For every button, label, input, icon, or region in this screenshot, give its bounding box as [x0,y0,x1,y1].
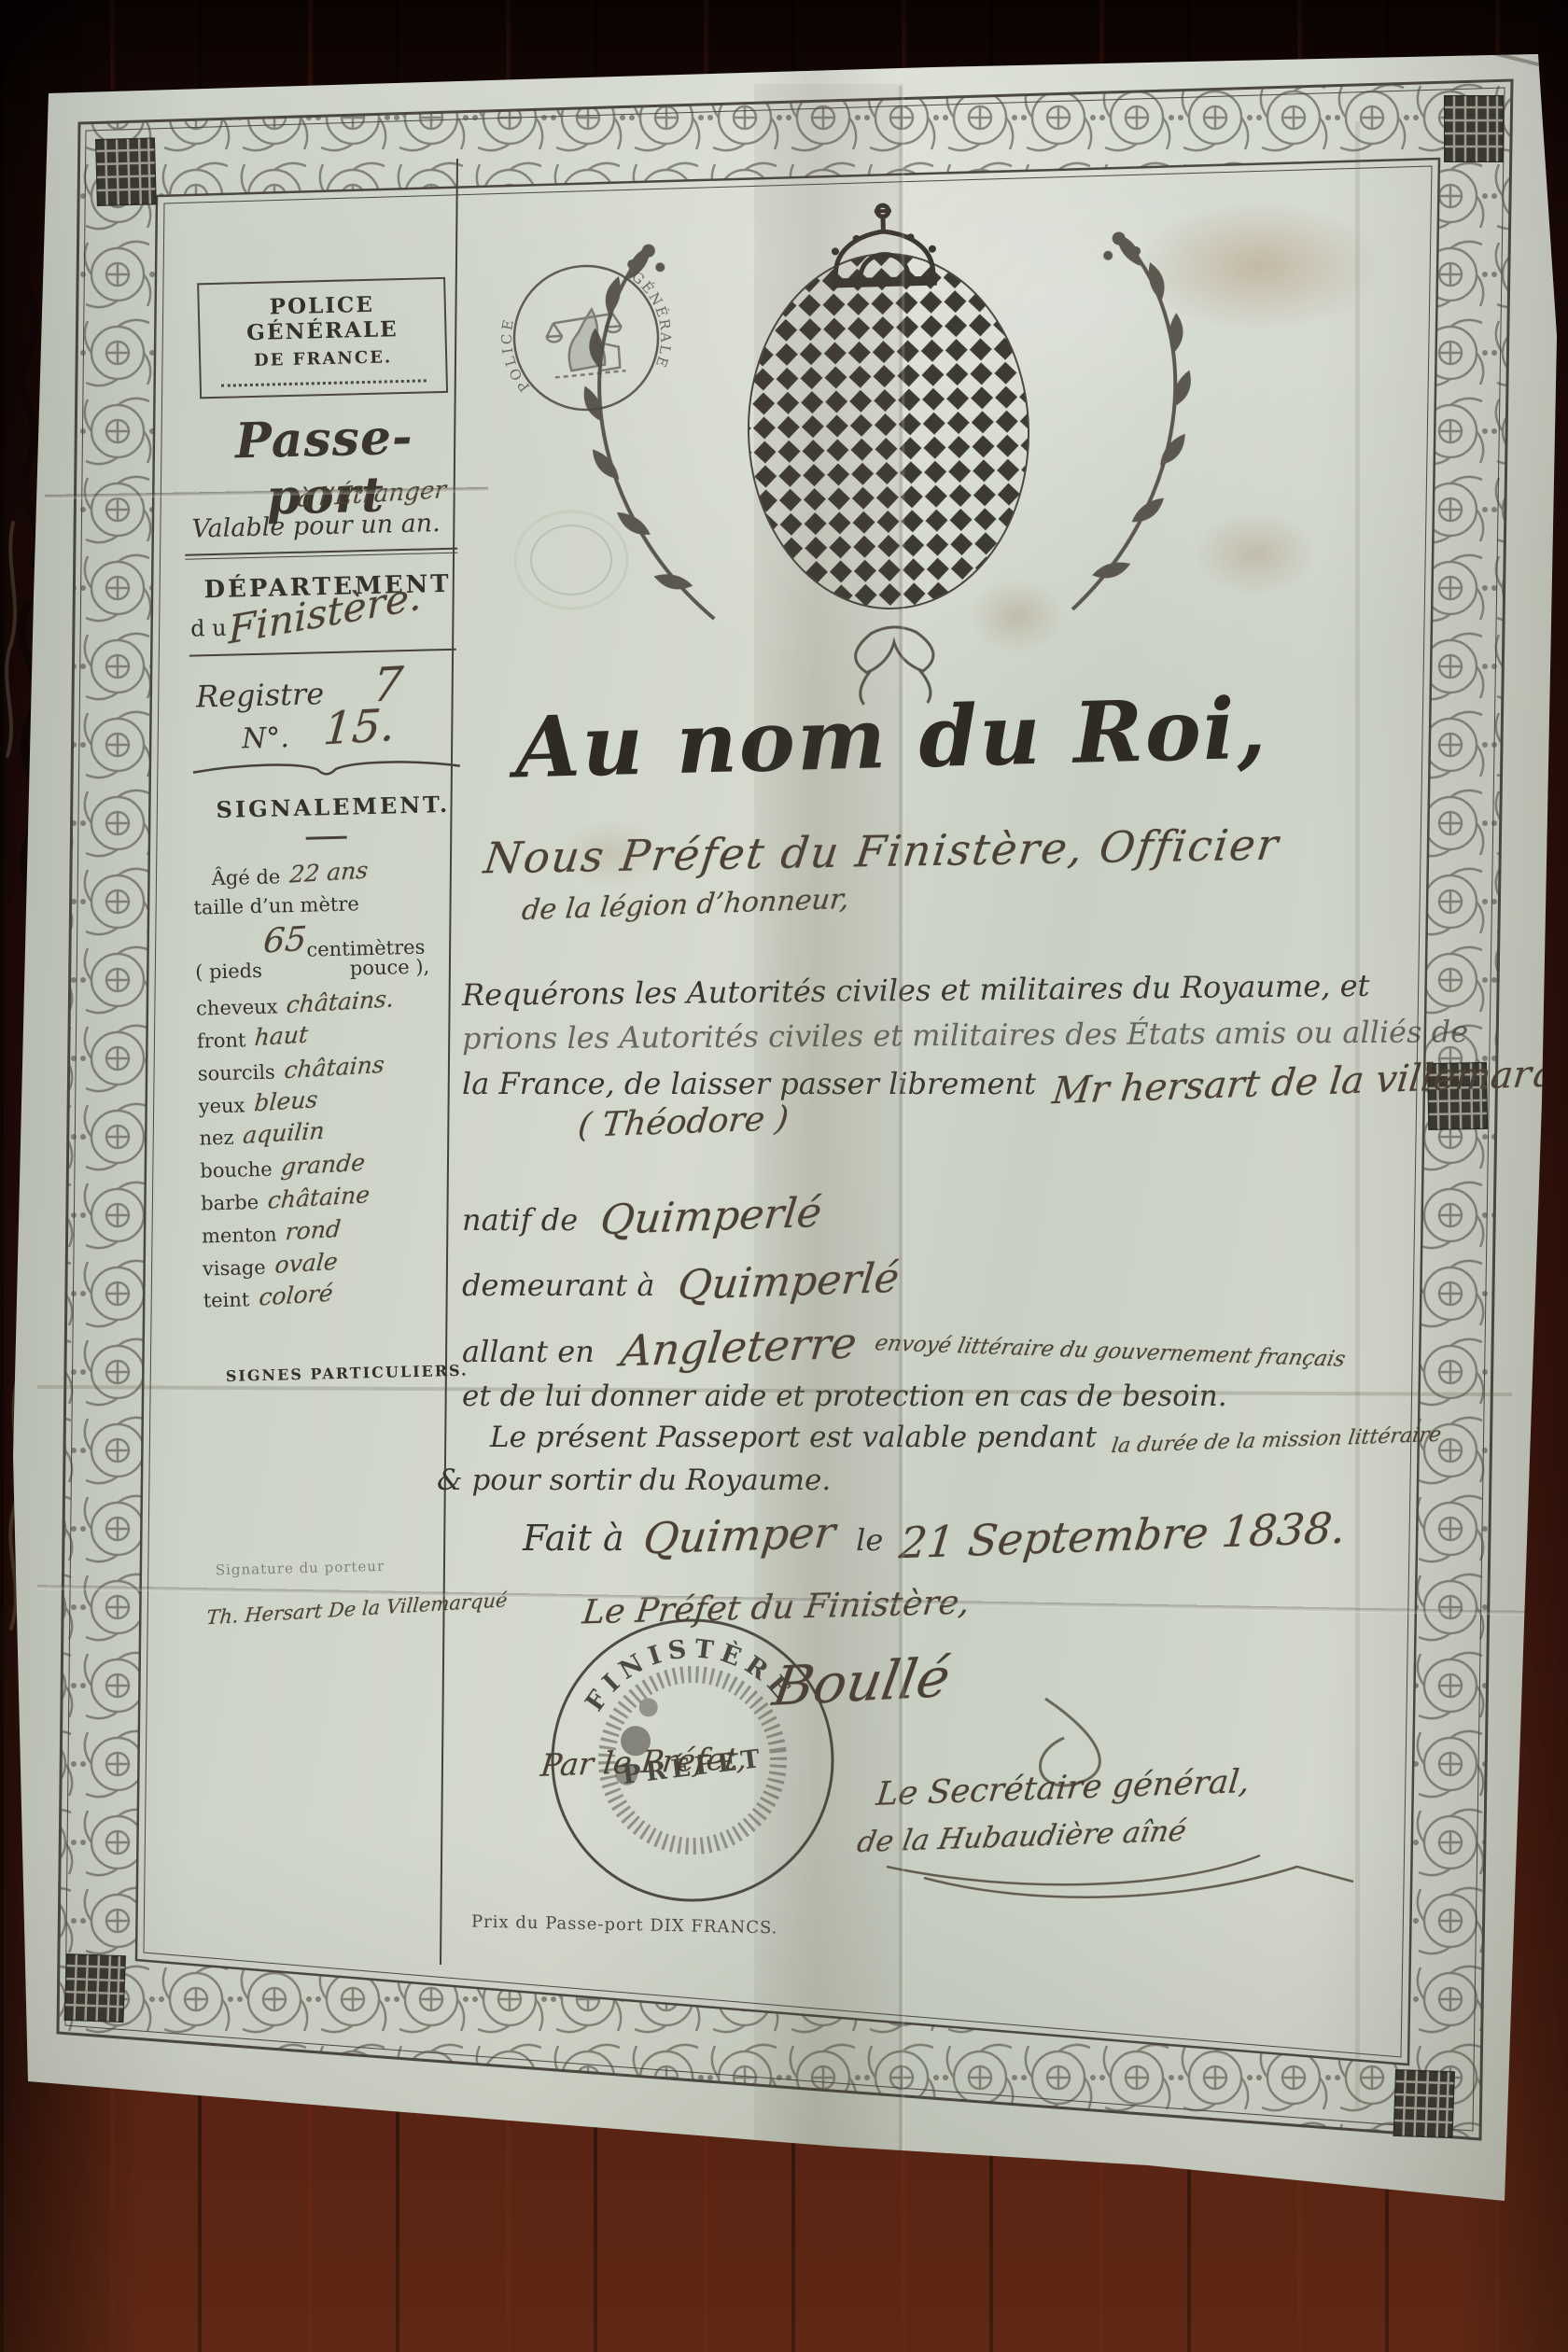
medallion-text-left: POLICE [497,314,534,396]
small-dash [306,836,347,840]
justice-scales-figure [545,307,626,378]
intro-line1: Nous Préfet du Finistère, Officier [482,819,1283,884]
svg-text:FINISTÈRE: FINISTÈRE [574,1622,802,1732]
destination-label: allant en [462,1334,595,1369]
fait-label: Fait à [523,1518,624,1559]
royal-crest [579,198,1200,712]
fait-date: 21 Septembre 1838. [898,1503,1349,1569]
passport-validity: Valable pour un an. [191,509,441,543]
secretary-signature-flourish [887,1855,1353,1897]
bearer-name: Mr hersart de la villemarqué [1050,1051,1568,1113]
register-no-label: N°. [242,721,290,755]
prefet-title-line: Le Préfet du Finistère, [581,1584,972,1632]
photo-stage: POLICE GÉNÉRALE [0,0,1568,2352]
crown [831,204,937,284]
agency-line2: DE FRANCE. [206,346,440,371]
holder-signature: Th. Hersart De la Villemarqué [205,1589,516,1630]
secretary-title: Le Secrétaire général, [875,1763,1252,1813]
exit-line: & pour sortir du Royaume. [437,1463,831,1497]
register-label: Registre [196,676,325,714]
holder-signature-label: Signature du porteur [216,1558,385,1578]
svg-text:POLICE: POLICE [497,314,534,396]
stain [1139,201,1381,331]
validity-pre: Le présent Passeport est valable pendant [490,1421,1097,1454]
department-prefix: d u [190,615,227,642]
stamp-arc-text: FINISTÈRE [574,1622,802,1732]
signalement-title: SIGNALEMENT. [186,790,482,824]
prefet-signature: Boullé [769,1645,955,1718]
price-line: Prix du Passe-port DIX FRANCS. [471,1912,778,1939]
residence-value: Quimperlé [675,1254,901,1309]
residence-label: demeurant à [462,1267,654,1303]
par-le-prefet: Par le Préfet, [539,1740,749,1784]
heading-au-nom-du-roi: Au nom du Roi, [508,679,1275,797]
double-rule [185,548,457,560]
fait-le: le [856,1522,883,1558]
svg-text:GÉNÉRALE: GÉNÉRALE [627,266,677,373]
agency-box: POLICE GÉNÉRALE DE FRANCE. [197,277,448,399]
protection-line: et de lui donner aide et protection en c… [462,1379,1227,1413]
natif-value: Quimperlé [598,1189,824,1244]
police-generale-medallion: POLICE GÉNÉRALE [494,260,679,416]
register-no-value: 15. [321,699,397,756]
curly-rule [189,757,465,782]
intro-line2: de la légion d’honneur, [520,883,850,927]
dotted-rule [221,379,427,386]
signalement-rows: Âgé de22 ans taille d’un mètre 65centimè… [192,857,489,1318]
requisition-line3: la France, de laisser passer librement [462,1066,1036,1101]
requisition-line2: prions les Autorités civiles et militair… [462,1014,1468,1057]
agency-line1: POLICE GÉNÉRALE [204,290,439,346]
requisition-line1: Requérons les Autorités civiles et milit… [462,968,1370,1013]
embossed-dry-seal [515,511,627,609]
stain [1195,511,1316,595]
natif-label: natif de [462,1202,578,1238]
signalement-row: teintcoloré [203,1279,489,1318]
secretary-signature: de la Hubaudière aîné [855,1814,1189,1859]
medallion-text-right: GÉNÉRALE [627,266,677,373]
mission-note: envoyé littéraire du gouvernement frança… [873,1331,1348,1372]
validity-hand: la durée de la mission littéraire [1110,1423,1443,1458]
laurel-wreath [580,231,1200,712]
destination-value: Angleterre [619,1318,860,1377]
fait-place: Quimper [640,1506,837,1563]
passport-document: POLICE GÉNÉRALE [0,0,1568,2352]
fold-crease-vertical-right [1355,121,1360,2109]
fold-crease-vertical [898,86,905,2177]
stain [971,579,1064,653]
bearer-first-name: ( Théodore ) [576,1099,791,1145]
signes-particuliers-label: SIGNES PARTICULIERS. [200,1361,495,1386]
